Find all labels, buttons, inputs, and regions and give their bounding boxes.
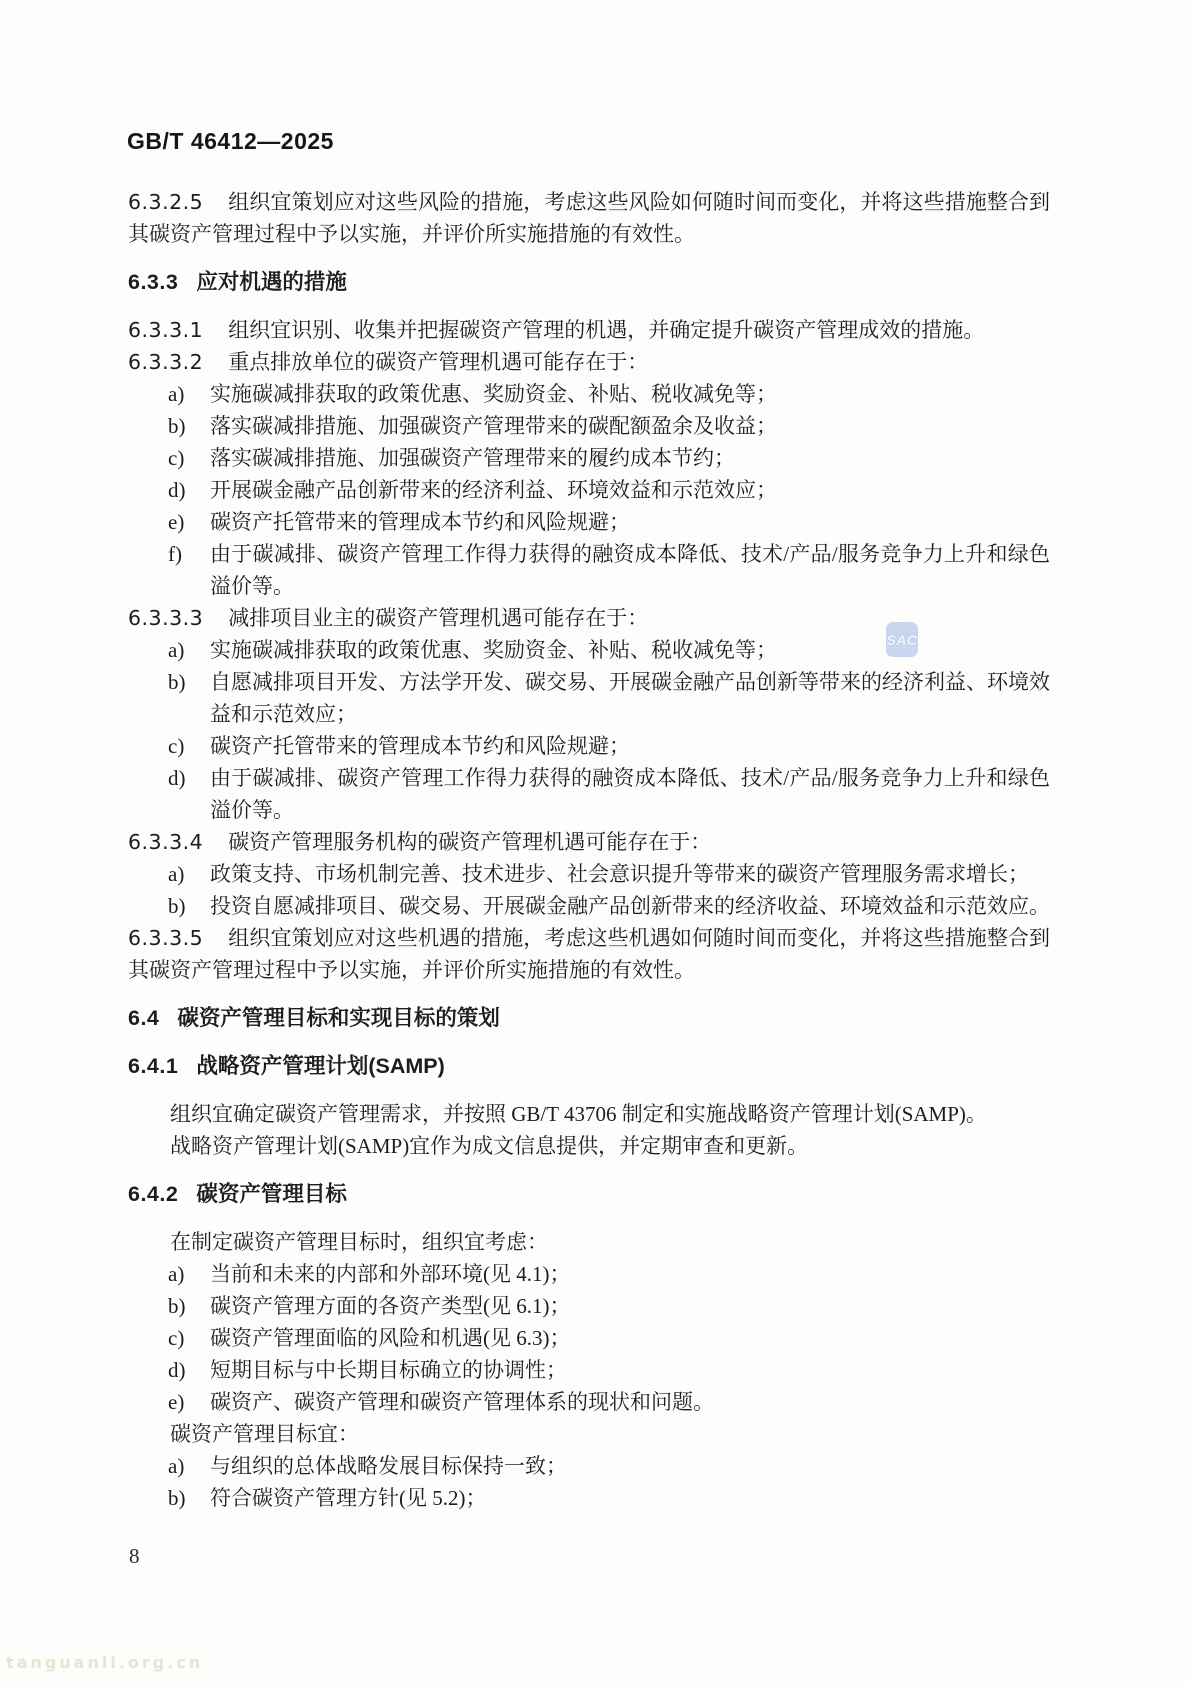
clause-number: 6.4.1 xyxy=(128,1054,178,1078)
list-item: c)碳资产托管带来的管理成本节约和风险规避； xyxy=(128,730,1050,762)
clause-paragraph-6331: 6.3.3.1组织宜识别、收集并把握碳资产管理的机遇，并确定提升碳资产管理成效的… xyxy=(128,314,1050,346)
clause-number: 6.3.3.4 xyxy=(128,830,203,854)
page-number: 8 xyxy=(129,1544,140,1569)
list-item: b)投资自愿减排项目、碳交易、开展碳金融产品创新带来的经济收益、环境效益和示范效… xyxy=(128,890,1050,922)
heading-text: 碳资产管理目标 xyxy=(196,1182,347,1206)
document-body: 6.3.2.5组织宜策划应对这些风险的措施，考虑这些风险如何随时间而变化，并将这… xyxy=(128,186,1050,1514)
heading-text: 应对机遇的措施 xyxy=(196,270,347,294)
list-item-label: c) xyxy=(168,442,184,474)
list-item: d)由于碳减排、碳资产管理工作得力获得的融资成本降低、技术/产品/服务竞争力上升… xyxy=(128,762,1050,826)
list-item: d)短期目标与中长期目标确立的协调性； xyxy=(128,1354,1050,1386)
list-item-text: 自愿减排项目开发、方法学开发、碳交易、开展碳金融产品创新等带来的经济利益、环境效… xyxy=(210,670,1050,726)
clause-text: 组织宜策划应对这些机遇的措施，考虑这些机遇如何随时间而变化，并将这些措施整合到其… xyxy=(128,926,1050,982)
list-item-text: 实施碳减排获取的政策优惠、奖励资金、补贴、税收减免等； xyxy=(210,382,777,406)
list-item: b)落实碳减排措施、加强碳资产管理带来的碳配额盈余及收益； xyxy=(128,410,1050,442)
list-item: b)符合碳资产管理方针(见 5.2)； xyxy=(128,1482,1050,1514)
list-item-label: a) xyxy=(168,1450,184,1482)
body-paragraph: 战略资产管理计划(SAMP)宜作为成文信息提供，并定期审查和更新。 xyxy=(128,1130,1050,1162)
clause-paragraph-6332: 6.3.3.2重点排放单位的碳资产管理机遇可能存在于： xyxy=(128,346,1050,378)
body-paragraph: 在制定碳资产管理目标时，组织宜考虑： xyxy=(128,1226,1050,1258)
list-item-text: 由于碳减排、碳资产管理工作得力获得的融资成本降低、技术/产品/服务竞争力上升和绿… xyxy=(210,766,1050,822)
heading-text: 战略资产管理计划(SAMP) xyxy=(196,1054,444,1078)
list-item: f)由于碳减排、碳资产管理工作得力获得的融资成本降低、技术/产品/服务竞争力上升… xyxy=(128,538,1050,602)
list-item: e)碳资产、碳资产管理和碳资产管理体系的现状和问题。 xyxy=(128,1386,1050,1418)
standard-number-header: GB/T 46412—2025 xyxy=(127,128,334,155)
list-item-text: 符合碳资产管理方针(见 5.2)； xyxy=(210,1486,487,1510)
list-item-label: b) xyxy=(168,410,186,442)
list-item-label: d) xyxy=(168,1354,186,1386)
section-heading-641: 6.4.1战略资产管理计划(SAMP) xyxy=(128,1050,1050,1082)
clause-text: 组织宜策划应对这些风险的措施，考虑这些风险如何随时间而变化，并将这些措施整合到其… xyxy=(128,190,1050,246)
clause-number: 6.3.2.5 xyxy=(128,190,203,214)
list-item: a)政策支持、市场机制完善、技术进步、社会意识提升等带来的碳资产管理服务需求增长… xyxy=(128,858,1050,890)
list-item-label: d) xyxy=(168,474,186,506)
list-item-text: 落实碳减排措施、加强碳资产管理带来的履约成本节约； xyxy=(210,446,735,470)
clause-text: 减排项目业主的碳资产管理机遇可能存在于： xyxy=(228,606,648,630)
clause-number: 6.3.3.1 xyxy=(128,318,203,342)
list-item-text: 落实碳减排措施、加强碳资产管理带来的碳配额盈余及收益； xyxy=(210,414,777,438)
list-item-text: 碳资产管理面临的风险和机遇(见 6.3)； xyxy=(210,1326,571,1350)
clause-number: 6.3.3.3 xyxy=(128,606,203,630)
list-item-label: a) xyxy=(168,634,184,666)
clause-paragraph-6334: 6.3.3.4碳资产管理服务机构的碳资产管理机遇可能存在于： xyxy=(128,826,1050,858)
list-item-text: 政策支持、市场机制完善、技术进步、社会意识提升等带来的碳资产管理服务需求增长； xyxy=(210,862,1029,886)
list-642-goals: a)与组织的总体战略发展目标保持一致； b)符合碳资产管理方针(见 5.2)； xyxy=(128,1450,1050,1514)
clause-text: 碳资产管理服务机构的碳资产管理机遇可能存在于： xyxy=(228,830,711,854)
clause-number: 6.3.3 xyxy=(128,270,178,294)
list-item: d)开展碳金融产品创新带来的经济利益、环境效益和示范效应； xyxy=(128,474,1050,506)
list-item-label: e) xyxy=(168,1386,184,1418)
list-item-text: 碳资产托管带来的管理成本节约和风险规避； xyxy=(210,734,630,758)
list-item-label: b) xyxy=(168,1482,186,1514)
list-item-label: c) xyxy=(168,1322,184,1354)
list-item-text: 碳资产托管带来的管理成本节约和风险规避； xyxy=(210,510,630,534)
list-item-text: 碳资产、碳资产管理和碳资产管理体系的现状和问题。 xyxy=(210,1390,714,1414)
clause-number: 6.4 xyxy=(128,1006,159,1030)
list-item-label: b) xyxy=(168,666,186,698)
list-item-text: 实施碳减排获取的政策优惠、奖励资金、补贴、税收减免等； xyxy=(210,638,777,662)
list-item: b)碳资产管理方面的各资产类型(见 6.1)； xyxy=(128,1290,1050,1322)
list-item: b)自愿减排项目开发、方法学开发、碳交易、开展碳金融产品创新等带来的经济利益、环… xyxy=(128,666,1050,730)
list-item: e)碳资产托管带来的管理成本节约和风险规避； xyxy=(128,506,1050,538)
list-item-text: 由于碳减排、碳资产管理工作得力获得的融资成本降低、技术/产品/服务竞争力上升和绿… xyxy=(210,542,1050,598)
clause-paragraph-6325: 6.3.2.5组织宜策划应对这些风险的措施，考虑这些风险如何随时间而变化，并将这… xyxy=(128,186,1050,250)
list-item-label: a) xyxy=(168,1258,184,1290)
clause-number: 6.3.3.5 xyxy=(128,926,203,950)
heading-text: 碳资产管理目标和实现目标的策划 xyxy=(177,1006,500,1030)
list-item: a)与组织的总体战略发展目标保持一致； xyxy=(128,1450,1050,1482)
list-item-text: 开展碳金融产品创新带来的经济利益、环境效益和示范效应； xyxy=(210,478,777,502)
list-item-label: c) xyxy=(168,730,184,762)
list-item-text: 碳资产管理方面的各资产类型(见 6.1)； xyxy=(210,1294,571,1318)
list-item-label: e) xyxy=(168,506,184,538)
list-item: a)实施碳减排获取的政策优惠、奖励资金、补贴、税收减免等； xyxy=(128,378,1050,410)
list-item-label: d) xyxy=(168,762,186,794)
list-item: c)落实碳减排措施、加强碳资产管理带来的履约成本节约； xyxy=(128,442,1050,474)
list-item-label: b) xyxy=(168,890,186,922)
clause-paragraph-6335: 6.3.3.5组织宜策划应对这些机遇的措施，考虑这些机遇如何随时间而变化，并将这… xyxy=(128,922,1050,986)
site-watermark: tanguanli.org.cn xyxy=(6,1653,203,1672)
list-6332: a)实施碳减排获取的政策优惠、奖励资金、补贴、税收减免等； b)落实碳减排措施、… xyxy=(128,378,1050,602)
clause-number: 6.4.2 xyxy=(128,1182,178,1206)
list-6333: a)实施碳减排获取的政策优惠、奖励资金、补贴、税收减免等； b)自愿减排项目开发… xyxy=(128,634,1050,826)
list-642-considerations: a)当前和未来的内部和外部环境(见 4.1)； b)碳资产管理方面的各资产类型(… xyxy=(128,1258,1050,1418)
list-item: a)当前和未来的内部和外部环境(见 4.1)； xyxy=(128,1258,1050,1290)
list-item-text: 当前和未来的内部和外部环境(见 4.1)； xyxy=(210,1262,571,1286)
clause-number: 6.3.3.2 xyxy=(128,350,203,374)
list-item-label: a) xyxy=(168,858,184,890)
list-item-label: a) xyxy=(168,378,184,410)
list-6334: a)政策支持、市场机制完善、技术进步、社会意识提升等带来的碳资产管理服务需求增长… xyxy=(128,858,1050,922)
list-item-label: b) xyxy=(168,1290,186,1322)
body-paragraph: 碳资产管理目标宜： xyxy=(128,1418,1050,1450)
section-heading-64: 6.4碳资产管理目标和实现目标的策划 xyxy=(128,1002,1050,1034)
list-item-text: 投资自愿减排项目、碳交易、开展碳金融产品创新带来的经济收益、环境效益和示范效应。 xyxy=(210,894,1050,918)
list-item-label: f) xyxy=(168,538,182,570)
list-item-text: 与组织的总体战略发展目标保持一致； xyxy=(210,1454,567,1478)
document-page: GB/T 46412—2025 6.3.2.5组织宜策划应对这些风险的措施，考虑… xyxy=(0,0,1190,1684)
clause-text: 组织宜识别、收集并把握碳资产管理的机遇，并确定提升碳资产管理成效的措施。 xyxy=(228,318,984,342)
list-item: c)碳资产管理面临的风险和机遇(见 6.3)； xyxy=(128,1322,1050,1354)
body-paragraph: 组织宜确定碳资产管理需求，并按照 GB/T 43706 制定和实施战略资产管理计… xyxy=(128,1098,1050,1130)
clause-text: 重点排放单位的碳资产管理机遇可能存在于： xyxy=(228,350,648,374)
section-heading-633: 6.3.3应对机遇的措施 xyxy=(128,266,1050,298)
section-heading-642: 6.4.2碳资产管理目标 xyxy=(128,1178,1050,1210)
sac-logo-watermark: SAC xyxy=(886,622,918,657)
list-item-text: 短期目标与中长期目标确立的协调性； xyxy=(210,1358,567,1382)
